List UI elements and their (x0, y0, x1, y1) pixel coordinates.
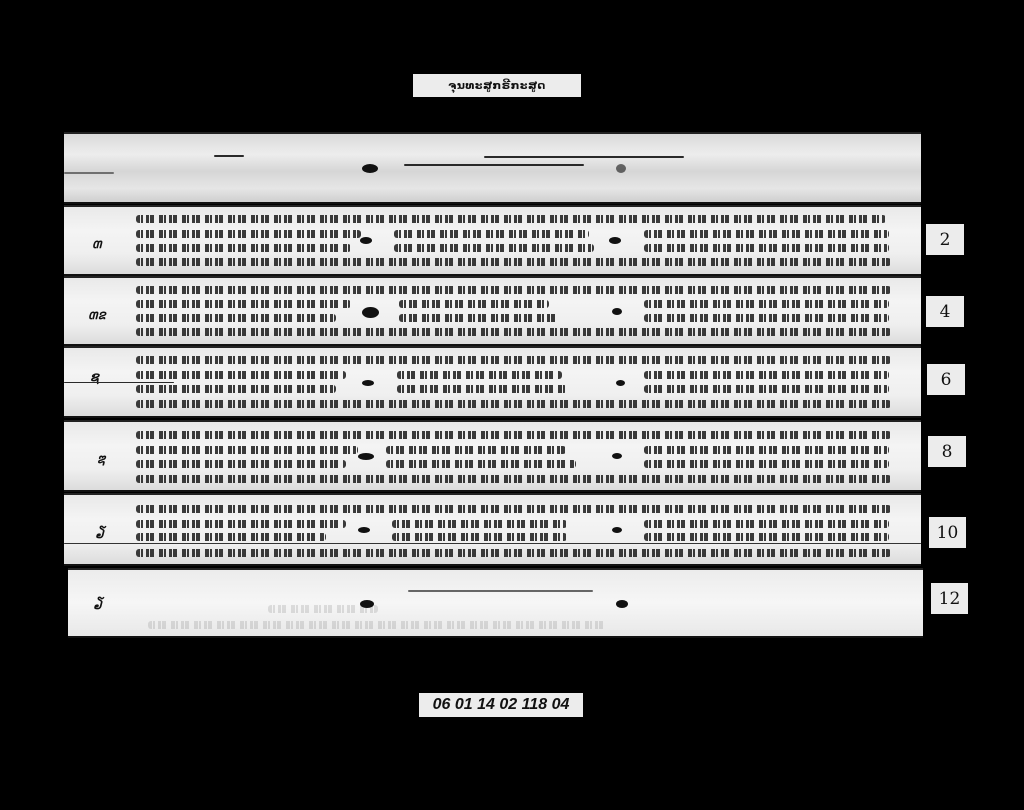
leaf-numeral: ຓ (92, 234, 102, 255)
leaf-5: ຽ (64, 493, 921, 566)
script-line (136, 356, 891, 364)
script-line (136, 475, 891, 483)
leaf-1: ຓ (64, 205, 921, 276)
script-line (136, 314, 336, 322)
script-line (136, 230, 361, 238)
script-line (136, 385, 336, 393)
leaf-scratch (214, 155, 244, 157)
script-line (136, 328, 891, 336)
script-line (394, 244, 594, 252)
manuscript-title-text: ຈຸນທະສູກຣີກະສູດ (448, 79, 546, 92)
leaf-scratch (404, 164, 584, 166)
script-line (644, 314, 889, 322)
script-line (136, 258, 891, 266)
script-line (136, 244, 351, 252)
script-line (136, 215, 886, 223)
string-hole (360, 237, 372, 244)
script-line (136, 505, 891, 513)
script-line (136, 431, 891, 439)
script-line (136, 520, 346, 528)
script-line (136, 371, 346, 379)
script-line (397, 371, 562, 379)
page-tag-6: 6 (927, 364, 965, 395)
string-hole (616, 380, 625, 386)
string-hole (362, 164, 378, 173)
page-tag-12: 12 (931, 583, 968, 614)
string-hole (360, 600, 374, 608)
leaf-scratch (484, 156, 684, 158)
string-hole (358, 453, 374, 460)
page-tag-8: 8 (928, 436, 966, 467)
script-line (399, 314, 559, 322)
frame-id-text: 06 01 14 02 118 04 (433, 696, 570, 714)
leaf-numeral: ຓຂ (88, 305, 106, 326)
leaf-scratch (64, 172, 114, 174)
leaf-numeral: ຽ (94, 595, 103, 610)
script-line (399, 300, 549, 308)
script-line (644, 230, 889, 238)
script-line (644, 385, 889, 393)
page-tag-4: 4 (926, 296, 964, 327)
string-hole (612, 308, 622, 315)
page-tag-number: 12 (939, 589, 961, 609)
leaf-scratch (408, 590, 593, 592)
page-tag-number: 10 (937, 523, 959, 543)
script-line (136, 460, 346, 468)
script-line (644, 446, 889, 454)
script-line (392, 520, 567, 528)
page-tag-number: 2 (940, 230, 951, 250)
leaf-numeral: ຌ (97, 449, 105, 470)
string-hole (609, 237, 621, 244)
script-line (644, 244, 889, 252)
script-line (644, 300, 889, 308)
faded-script-line (148, 621, 608, 629)
leaf-cover (64, 132, 921, 204)
script-line (397, 385, 567, 393)
page-tag-number: 8 (942, 442, 953, 462)
script-line (136, 286, 891, 294)
string-hole (616, 600, 628, 608)
script-line (392, 533, 567, 541)
string-hole (612, 527, 622, 533)
manuscript-title-label: ຈຸນທະສູກຣີກະສູດ (413, 74, 581, 97)
leaf-6: ຽ (68, 568, 923, 638)
string-hole (616, 164, 626, 173)
leaf-2: ຓຂ (64, 276, 921, 346)
page-tag-10: 10 (929, 517, 966, 548)
script-line (644, 520, 889, 528)
microfilm-frame-id: 06 01 14 02 118 04 (419, 693, 583, 717)
script-line (644, 371, 889, 379)
script-line (136, 446, 358, 454)
page-tag-number: 4 (940, 302, 951, 322)
script-line (394, 230, 589, 238)
leaf-4: ຌ (64, 420, 921, 492)
string-hole (362, 380, 374, 386)
script-line (136, 533, 326, 541)
string-hole (358, 527, 370, 533)
ruled-line (64, 543, 921, 544)
script-line (386, 460, 576, 468)
script-line (136, 549, 891, 557)
string-hole (362, 307, 379, 318)
script-line (644, 533, 889, 541)
page-tag-number: 6 (941, 370, 952, 390)
ruled-line (64, 382, 174, 383)
page-tag-2: 2 (926, 224, 964, 255)
script-line (386, 446, 566, 454)
script-line (136, 400, 891, 408)
leaf-3: ຊ (64, 346, 921, 418)
script-line (644, 460, 889, 468)
leaf-numeral: ຽ (96, 524, 105, 539)
string-hole (612, 453, 622, 459)
script-line (136, 300, 351, 308)
